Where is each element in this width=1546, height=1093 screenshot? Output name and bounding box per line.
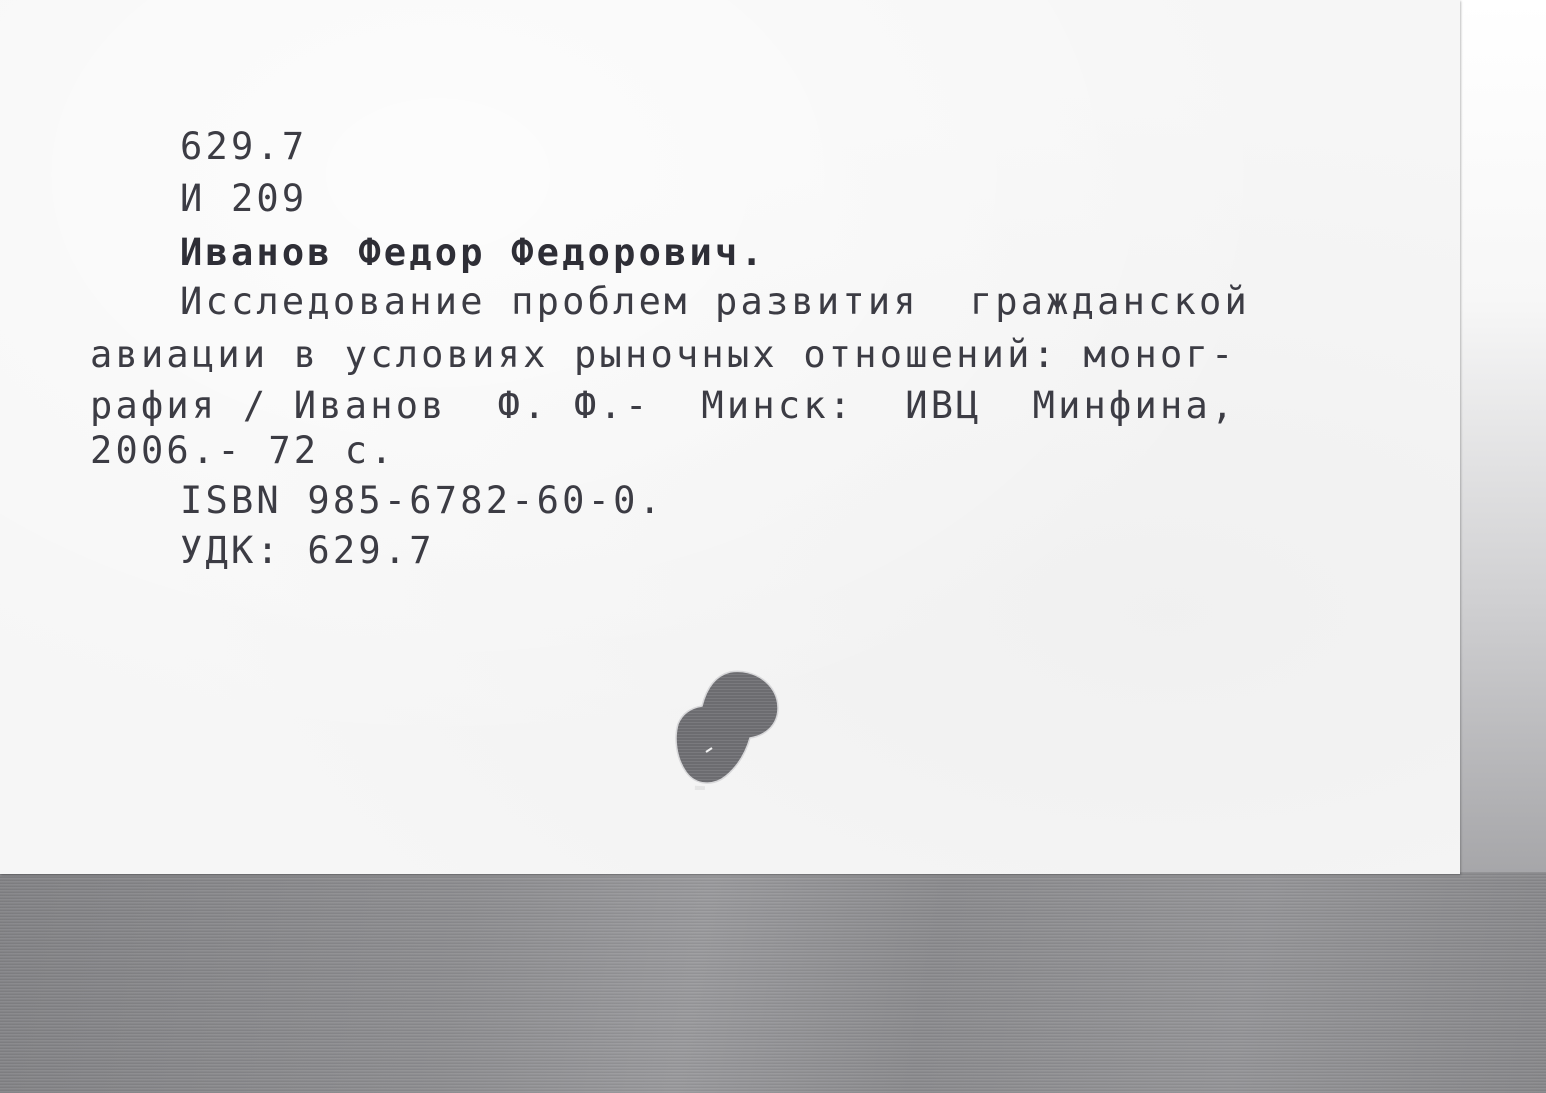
author-heading: Иванов Федор Федорович. <box>180 234 766 271</box>
scanner-margin <box>1460 0 1546 880</box>
title-line-3: рафия / Иванов Ф. Ф.- Минск: ИВЦ Минфина… <box>90 387 1236 424</box>
imprint-line: 2006.- 72 с. <box>90 432 396 469</box>
udc-code: УДК: 629.7 <box>180 532 435 569</box>
catalog-card: 629.7 И 209 Иванов Федор Федорович. Иссл… <box>0 0 1460 874</box>
author-mark: И 209 <box>180 180 307 217</box>
isbn: ISBN 985-6782-60-0. <box>180 482 664 519</box>
scanner-background <box>0 872 1546 1093</box>
card-text-block: 629.7 И 209 Иванов Федор Федорович. Иссл… <box>0 0 153 473</box>
punch-hole-icon <box>668 668 780 790</box>
title-line-1: Исследование проблем развития гражданско… <box>180 283 1250 320</box>
title-line-2: авиации в условиях рыночных отношений: м… <box>90 336 1236 373</box>
classification-number: 629.7 <box>180 128 307 165</box>
scan-canvas: 629.7 И 209 Иванов Федор Федорович. Иссл… <box>0 0 1546 1093</box>
